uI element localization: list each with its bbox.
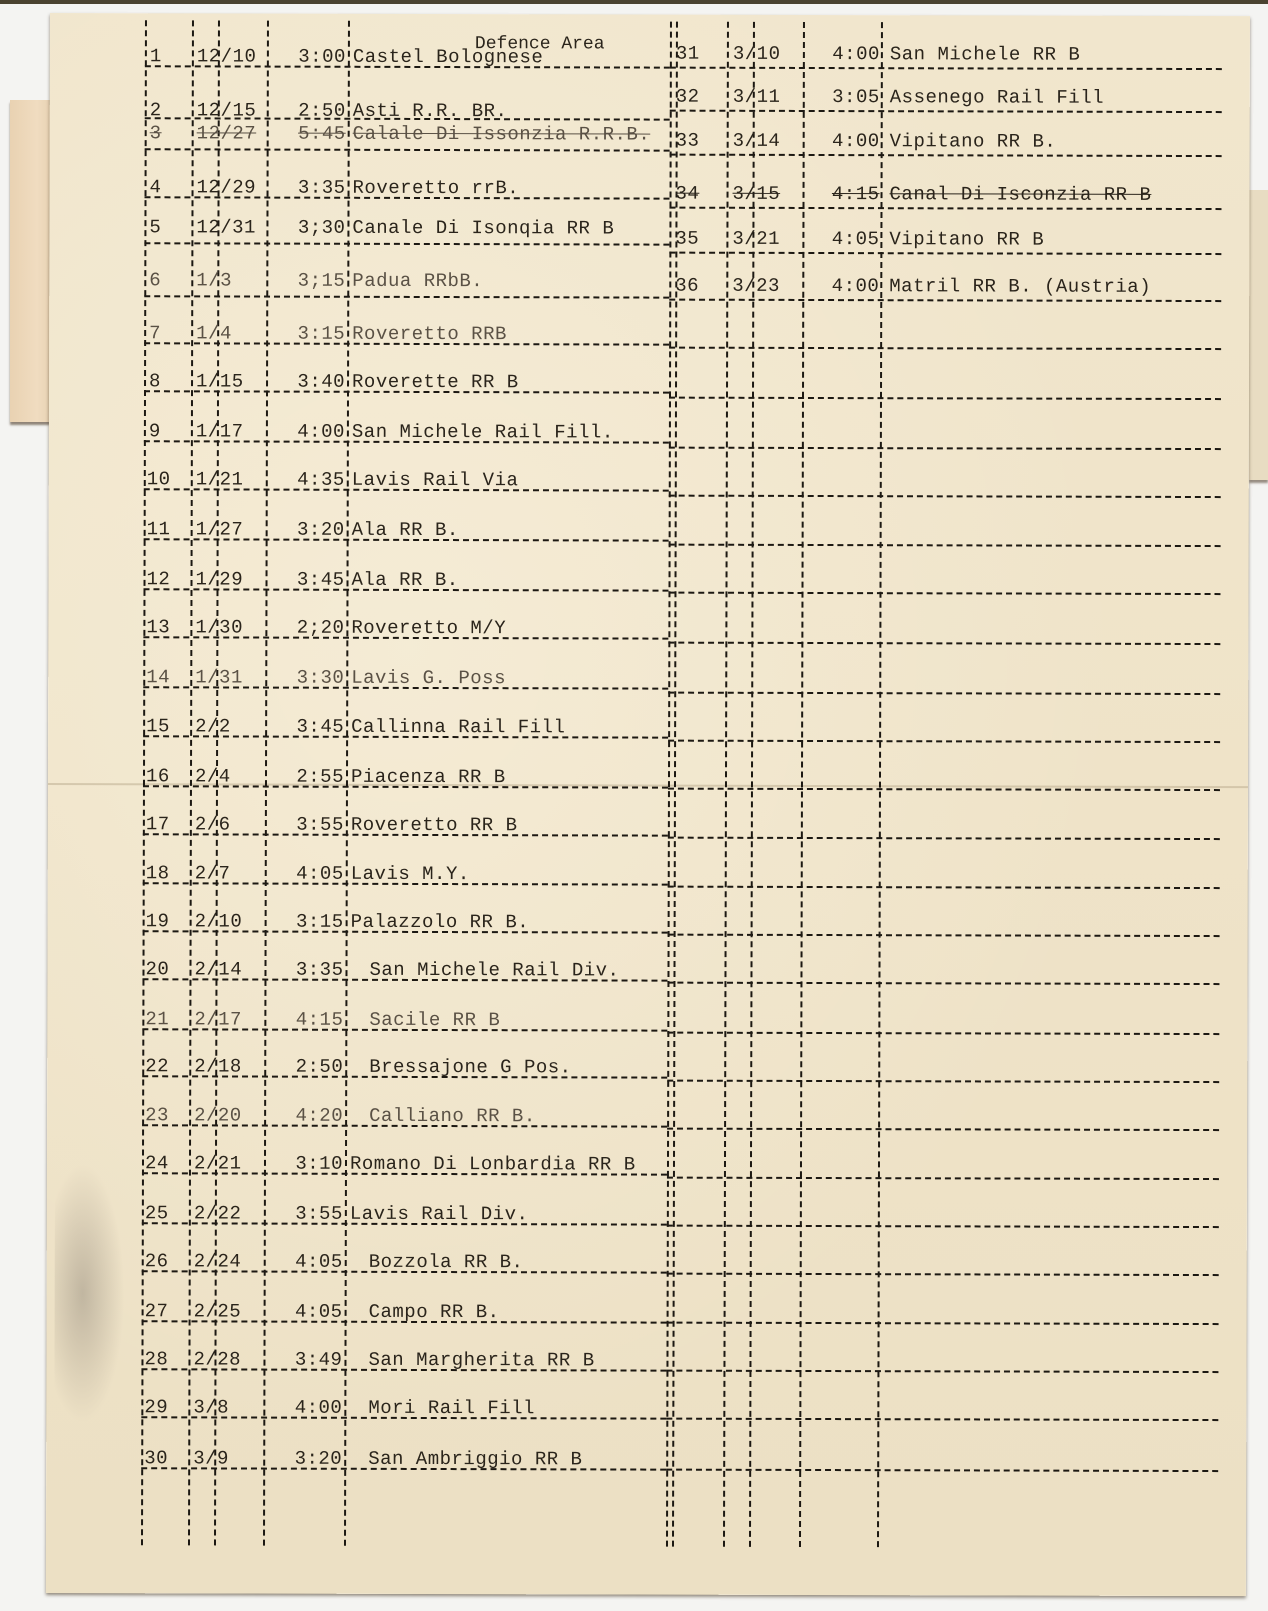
entry-target: Ala RR B. [352, 519, 459, 541]
entry-number: 15 [146, 715, 170, 737]
entry-target: Piacenza RR B [351, 766, 506, 788]
entry-time: 2:50 [298, 100, 346, 122]
grid-row-line [144, 295, 669, 298]
entry-date: 3/9 [193, 1447, 229, 1469]
entry-number: 3 [150, 122, 162, 144]
entry-time: 3;30 [298, 217, 346, 239]
entry-target: Sacile RR B [369, 1009, 500, 1031]
entry-target: Lavis M.Y. [351, 863, 470, 885]
entry-target: Canal Di Isconzia RR B [889, 183, 1151, 206]
entry-time: 3:45 [296, 716, 344, 738]
entry-target: San Ambriggio RR B [368, 1448, 582, 1471]
entry-number: 24 [145, 1152, 169, 1174]
entry-number: 21 [145, 1008, 169, 1030]
entry-target: San Michele Rail Fill. [352, 421, 614, 444]
entry-target: Palazzolo RR B. [351, 911, 530, 933]
entry-target: Campo RR B. [369, 1301, 500, 1323]
entry-time: 3:45 [297, 569, 345, 591]
entry-number: 17 [146, 813, 170, 835]
entry-target: San Margherita RR B [368, 1349, 594, 1372]
entry-number: 8 [149, 370, 161, 392]
paper-tab-right [1249, 190, 1268, 480]
entry-number: 35 [675, 228, 699, 250]
entry-time: 3:10 [295, 1153, 343, 1175]
entry-target: Roverette RR B [352, 371, 519, 393]
entry-date: 1/15 [196, 370, 244, 392]
entry-target: Assenego Rail Fill [890, 86, 1104, 109]
entry-target: Roveretto RR B [351, 814, 518, 836]
entry-date: 12/10 [197, 45, 257, 67]
entry-number: 23 [145, 1104, 169, 1126]
entry-number: 6 [149, 269, 161, 291]
entry-target: Ala RR B. [351, 569, 458, 591]
entry-number: 9 [149, 420, 161, 442]
entry-date: 1/27 [196, 518, 244, 540]
entry-time: 4:00 [295, 1397, 343, 1419]
entry-time: 3:49 [295, 1349, 343, 1371]
entry-time: 3;15 [298, 270, 346, 292]
entry-number: 19 [146, 910, 170, 932]
entry-date: 1/3 [196, 269, 232, 291]
entry-time: 3:30 [297, 667, 345, 689]
entry-time: 3:05 [832, 86, 880, 108]
entry-target: Mori Rail Fill [368, 1397, 535, 1419]
entry-time: 4:00 [832, 130, 880, 152]
entry-time: 3:20 [295, 1448, 343, 1470]
entry-time: 3:00 [298, 46, 346, 68]
entry-target: Lavis G. Poss [351, 667, 506, 689]
entry-target: Vipitano RR B. [890, 130, 1057, 152]
entry-date: 1/17 [196, 420, 244, 442]
entry-number: 16 [146, 765, 170, 787]
entry-time: 3:35 [298, 177, 346, 199]
entry-date: 12/27 [197, 122, 257, 144]
entry-time: 4:15 [832, 183, 880, 205]
entry-date: 2/6 [195, 813, 231, 835]
entry-number: 28 [144, 1348, 168, 1370]
grid-row-line [144, 242, 669, 245]
entry-target: San Michele RR B [890, 43, 1080, 65]
entry-number: 25 [145, 1202, 169, 1224]
entry-number: 31 [676, 43, 700, 65]
entry-date: 2/24 [194, 1250, 242, 1272]
entry-date: 2/2 [195, 715, 231, 737]
entry-target: Canale Di Isonqia RR B [352, 217, 614, 240]
entry-date: 1/30 [195, 616, 243, 638]
entry-number: 4 [150, 176, 162, 198]
entry-target: Calale Di Issonzia R.R.B. [353, 123, 651, 146]
entries-table: 112/103:00Castel Bolognese212/152:50Asti… [50, 13, 1250, 16]
entry-number: 30 [144, 1447, 168, 1469]
entry-time: 2;20 [297, 617, 345, 639]
entry-date: 2/21 [194, 1152, 242, 1174]
entry-target: Bozzola RR B. [369, 1251, 524, 1273]
entry-number: 11 [147, 518, 171, 540]
entry-time: 4:05 [295, 1301, 343, 1323]
entry-number: 12 [146, 568, 170, 590]
entry-date: 1/31 [195, 666, 243, 688]
entry-time: 3:15 [298, 323, 346, 345]
entry-time: 4:05 [295, 1251, 343, 1273]
entry-date: 2/14 [194, 958, 242, 980]
entry-date: 2/22 [194, 1202, 242, 1224]
entry-target: Vipitano RR B [889, 228, 1044, 250]
entry-date: 3/11 [733, 86, 781, 108]
entry-number: 1 [150, 45, 162, 67]
entry-time: 3:35 [296, 959, 344, 981]
entry-number: 32 [676, 86, 700, 108]
entry-time: 4:00 [297, 421, 345, 443]
grid-row-line [145, 148, 670, 151]
entry-number: 36 [675, 275, 699, 297]
entry-target: Romano Di Lonbardia RR B [350, 1153, 636, 1176]
entry-time: 4:20 [295, 1105, 343, 1127]
entry-number: 14 [146, 666, 170, 688]
entry-number: 33 [676, 130, 700, 152]
entry-date: 2/17 [194, 1008, 242, 1030]
entry-target: Bressajone G Pos. [369, 1056, 571, 1079]
entry-date: 2/25 [194, 1300, 242, 1322]
entry-time: 4:05 [832, 228, 880, 250]
entry-target: Lavis Rail Div. [350, 1203, 529, 1225]
entry-date: 3/10 [733, 43, 781, 65]
entry-time: 5:45 [298, 123, 346, 145]
entry-target: Calliano RR B. [369, 1105, 536, 1127]
entry-target: Asti R.R. BR. [353, 100, 508, 122]
entry-date: 12/15 [197, 99, 257, 121]
entry-number: 22 [145, 1055, 169, 1077]
entry-date: 2/10 [195, 910, 243, 932]
entry-number: 18 [146, 862, 170, 884]
entry-number: 2 [150, 99, 162, 121]
entry-target: Padua RRbB. [352, 270, 483, 292]
entry-date: 1/4 [196, 322, 232, 344]
entry-target: Castel Bolognese [353, 46, 543, 68]
entry-target: San Michele Rail Div. [369, 959, 619, 982]
entry-number: 13 [146, 616, 170, 638]
entry-date: 1/29 [195, 568, 243, 590]
entry-date: 12/31 [196, 216, 256, 238]
entry-date: 3/14 [733, 130, 781, 152]
entry-date: 2/4 [195, 765, 231, 787]
entry-target: Roveretto RRB [352, 323, 507, 345]
entry-date: 2/28 [193, 1348, 241, 1370]
entry-number: 20 [145, 958, 169, 980]
entry-time: 3:55 [296, 814, 344, 836]
entry-date: 3/23 [732, 275, 780, 297]
entry-time: 3:55 [295, 1203, 343, 1225]
entry-date: 2/7 [195, 862, 231, 884]
entry-time: 4:00 [832, 275, 880, 297]
entry-time: 3:20 [297, 519, 345, 541]
entry-target: Roveretto rrB. [353, 177, 520, 199]
ruled-grid [50, 13, 1250, 16]
entry-number: 10 [147, 468, 171, 490]
entry-date: 2/20 [194, 1104, 242, 1126]
entry-target: Matril RR B. (Austria) [889, 275, 1151, 298]
entry-number: 7 [149, 322, 161, 344]
entry-date: 2/18 [194, 1055, 242, 1077]
entry-time: 4:15 [296, 1009, 344, 1031]
entry-date: 3/15 [733, 183, 781, 205]
entry-time: 4:00 [832, 43, 880, 65]
entry-date: 12/29 [197, 176, 257, 198]
entry-time: 3:40 [297, 371, 345, 393]
entry-time: 2:50 [296, 1056, 344, 1078]
scan-top-edge [0, 0, 1268, 4]
entry-number: 34 [676, 183, 700, 205]
entry-number: 26 [145, 1250, 169, 1272]
entry-target: Roveretto M/Y [351, 617, 506, 639]
entry-target: Callinna Rail Fill [351, 716, 565, 739]
entry-time: 3:15 [296, 911, 344, 933]
entry-number: 5 [149, 216, 161, 238]
entry-number: 27 [145, 1300, 169, 1322]
entry-time: 4:35 [297, 469, 345, 491]
typed-log-sheet: Defence Area 112/103:00Castel Bolognese2… [46, 13, 1250, 1596]
entry-time: 4:05 [296, 863, 344, 885]
entry-date: 3/8 [193, 1396, 229, 1418]
pencil-smudge [54, 1163, 125, 1423]
entry-date: 3/21 [732, 228, 780, 250]
entry-target: Lavis Rail Via [352, 469, 519, 491]
entry-number: 29 [144, 1396, 168, 1418]
entry-date: 1/21 [196, 468, 244, 490]
entry-time: 2:55 [296, 766, 344, 788]
